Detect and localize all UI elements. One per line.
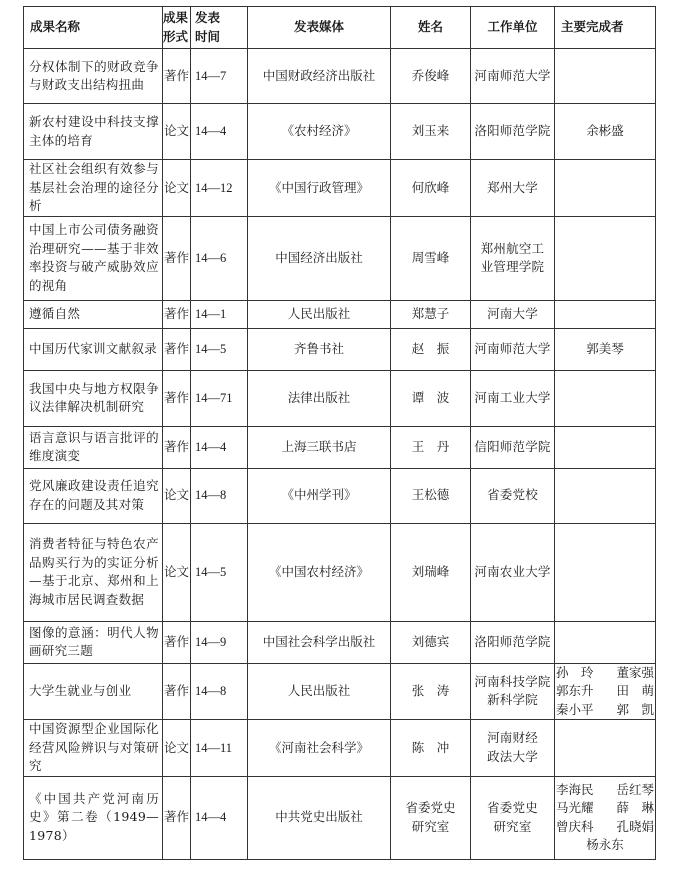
cell-form: 论文 (163, 468, 191, 523)
cell-media: 中国经济出版社 (248, 216, 391, 300)
awards-table: 成果名称 成果形式 发表时间 发表媒体 姓名 工作单位 主要完成者 分权体制下的… (23, 6, 656, 860)
cell-media: 中国社会科学出版社 (248, 621, 391, 663)
header-unit: 工作单位 (471, 7, 555, 49)
cell-main (555, 216, 656, 300)
cell-time: 14—4 (191, 426, 248, 468)
cell-name: 张 涛 (391, 663, 471, 720)
cell-title: 中国上市公司债务融资治理研究——基于非效率投资与破产威胁效应的视角 (24, 216, 163, 300)
cell-main (555, 621, 656, 663)
cell-media: 齐鲁书社 (248, 328, 391, 370)
cell-form: 著作 (163, 370, 191, 426)
cell-unit: 河南科技学院新科学院 (471, 663, 555, 720)
header-form-line1: 成果 (163, 9, 190, 28)
cell-media: 中国财政经济出版社 (248, 49, 391, 104)
cell-unit: 郑州大学 (471, 160, 555, 217)
cell-unit: 河南财经政法大学 (471, 720, 555, 777)
header-form: 成果形式 (163, 7, 191, 49)
cell-name: 刘瑞峰 (391, 523, 471, 621)
cell-form: 论文 (163, 523, 191, 621)
table-row: 中国上市公司债务融资治理研究——基于非效率投资与破产威胁效应的视角 著作 14—… (24, 216, 656, 300)
cell-media: 中共党史出版社 (248, 776, 391, 859)
cell-form: 著作 (163, 49, 191, 104)
cell-title: 社区社会组织有效参与基层社会治理的途径分析 (24, 160, 163, 217)
table-row: 新农村建设中科技支撑主体的培育 论文 14—4 《农村经济》 刘玉来 洛阳师范学… (24, 104, 656, 160)
main-contributors-list: 李海民岳红琴 马光耀薛 琳 曾庆科孔晓娟 杨永东 (555, 781, 655, 855)
contributor: 曾庆科 (556, 818, 594, 837)
cell-title: 图像的意涵：明代人物画研究三题 (24, 621, 163, 663)
header-media: 发表媒体 (248, 7, 391, 49)
contributor: 李海民 (556, 781, 594, 800)
cell-name: 陈 冲 (391, 720, 471, 777)
cell-main: 郭美琴 (555, 328, 656, 370)
cell-media: 《中国行政管理》 (248, 160, 391, 217)
header-time-line2: 时间 (195, 28, 247, 47)
main-contributors-list: 孙 玲董家强 郭东升田 萌 秦小平郭 凯 (555, 664, 655, 720)
contributor: 马光耀 (556, 799, 594, 818)
table-row: 中国历代家训文献叙录 著作 14—5 齐鲁书社 赵 振 河南师范大学 郭美琴 (24, 328, 656, 370)
cell-time: 14—9 (191, 621, 248, 663)
cell-title: 《中国共产党河南历史》第二卷（1949—1978） (24, 776, 163, 859)
header-name: 姓名 (391, 7, 471, 49)
table-row: 语言意识与语言批评的维度演变 著作 14—4 上海三联书店 王 丹 信阳师范学院 (24, 426, 656, 468)
cell-title: 中国历代家训文献叙录 (24, 328, 163, 370)
cell-main (555, 49, 656, 104)
table-row: 分权体制下的财政竞争与财政支出结构扭曲 著作 14—7 中国财政经济出版社 乔俊… (24, 49, 656, 104)
cell-unit: 郑州航空工业管理学院 (471, 216, 555, 300)
contributor: 薛 琳 (616, 799, 654, 818)
contributor: 杨永东 (586, 836, 624, 855)
cell-title: 遵循自然 (24, 300, 163, 328)
cell-main (555, 426, 656, 468)
cell-form: 论文 (163, 720, 191, 777)
cell-time: 14—8 (191, 468, 248, 523)
table-row: 消费者特征与特色农产品购买行为的实证分析—基于北京、郑州和上海城市居民调查数据 … (24, 523, 656, 621)
cell-name: 赵 振 (391, 328, 471, 370)
cell-title: 语言意识与语言批评的维度演变 (24, 426, 163, 468)
table-row: 图像的意涵：明代人物画研究三题 著作 14—9 中国社会科学出版社 刘德宾 洛阳… (24, 621, 656, 663)
cell-unit: 信阳师范学院 (471, 426, 555, 468)
cell-time: 14—6 (191, 216, 248, 300)
table-row: 我国中央与地方权限争议法律解决机制研究 著作 14—71 法律出版社 谭 波 河… (24, 370, 656, 426)
header-form-line2: 形式 (163, 28, 190, 47)
cell-title: 党风廉政建设责任追究存在的问题及其对策 (24, 468, 163, 523)
cell-main-list: 李海民岳红琴 马光耀薛 琳 曾庆科孔晓娟 杨永东 (555, 776, 656, 859)
cell-main (555, 160, 656, 217)
cell-name: 郑慧子 (391, 300, 471, 328)
header-title: 成果名称 (24, 7, 163, 49)
contributor: 郭 凯 (616, 701, 654, 720)
cell-media: 人民出版社 (248, 300, 391, 328)
cell-time: 14—1 (191, 300, 248, 328)
cell-time: 14—11 (191, 720, 248, 777)
cell-media: 法律出版社 (248, 370, 391, 426)
cell-media: 上海三联书店 (248, 426, 391, 468)
contributor-row: 郭东升田 萌 (556, 682, 654, 701)
table-row: 党风廉政建设责任追究存在的问题及其对策 论文 14—8 《中州学刊》 王松德 省… (24, 468, 656, 523)
contributor: 田 萌 (616, 682, 654, 701)
contributor-row: 杨永东 (556, 836, 654, 855)
cell-name: 何欣峰 (391, 160, 471, 217)
cell-main (555, 300, 656, 328)
cell-name: 王 丹 (391, 426, 471, 468)
cell-main (555, 468, 656, 523)
cell-media: 《河南社会科学》 (248, 720, 391, 777)
contributor-row: 孙 玲董家强 (556, 664, 654, 683)
table-row: 《中国共产党河南历史》第二卷（1949—1978） 著作 14—4 中共党史出版… (24, 776, 656, 859)
contributor: 孙 玲 (556, 664, 594, 683)
cell-title: 大学生就业与创业 (24, 663, 163, 720)
contributor: 孔晓娟 (616, 818, 654, 837)
cell-form: 著作 (163, 328, 191, 370)
cell-name: 刘玉来 (391, 104, 471, 160)
cell-unit: 河南师范大学 (471, 328, 555, 370)
contributor-row: 曾庆科孔晓娟 (556, 818, 654, 837)
cell-time: 14—71 (191, 370, 248, 426)
cell-unit: 洛阳师范学院 (471, 104, 555, 160)
table-row: 中国资源型企业国际化经营风险辨识与对策研究 论文 14—11 《河南社会科学》 … (24, 720, 656, 777)
header-main: 主要完成者 (555, 7, 656, 49)
cell-media: 人民出版社 (248, 663, 391, 720)
cell-form: 著作 (163, 663, 191, 720)
cell-name: 乔俊峰 (391, 49, 471, 104)
cell-unit: 河南农业大学 (471, 523, 555, 621)
header-time-line1: 发表 (195, 9, 247, 28)
cell-time: 14—4 (191, 776, 248, 859)
cell-media: 《中国农村经济》 (248, 523, 391, 621)
table-row: 大学生就业与创业 著作 14—8 人民出版社 张 涛 河南科技学院新科学院 孙 … (24, 663, 656, 720)
cell-unit: 洛阳师范学院 (471, 621, 555, 663)
cell-name: 谭 波 (391, 370, 471, 426)
cell-main (555, 523, 656, 621)
cell-name: 王松德 (391, 468, 471, 523)
cell-form: 著作 (163, 216, 191, 300)
cell-main-list: 孙 玲董家强 郭东升田 萌 秦小平郭 凯 (555, 663, 656, 720)
cell-unit: 河南工业大学 (471, 370, 555, 426)
cell-main (555, 370, 656, 426)
cell-name: 周雪峰 (391, 216, 471, 300)
contributor: 郭东升 (556, 682, 594, 701)
cell-main: 余彬盛 (555, 104, 656, 160)
contributor: 岳红琴 (616, 781, 654, 800)
cell-time: 14—12 (191, 160, 248, 217)
cell-unit: 河南师范大学 (471, 49, 555, 104)
cell-time: 14—8 (191, 663, 248, 720)
cell-unit: 省委党校 (471, 468, 555, 523)
cell-form: 著作 (163, 776, 191, 859)
contributor-row: 秦小平郭 凯 (556, 701, 654, 720)
cell-form: 论文 (163, 104, 191, 160)
cell-time: 14—7 (191, 49, 248, 104)
cell-name: 省委党史研究室 (391, 776, 471, 859)
cell-title: 我国中央与地方权限争议法律解决机制研究 (24, 370, 163, 426)
cell-time: 14—5 (191, 523, 248, 621)
cell-name: 刘德宾 (391, 621, 471, 663)
header-time: 发表时间 (191, 7, 248, 49)
cell-form: 著作 (163, 426, 191, 468)
contributor-row: 李海民岳红琴 (556, 781, 654, 800)
cell-form: 论文 (163, 160, 191, 217)
cell-media: 《中州学刊》 (248, 468, 391, 523)
cell-unit: 省委党史研究室 (471, 776, 555, 859)
cell-media: 《农村经济》 (248, 104, 391, 160)
cell-title: 分权体制下的财政竞争与财政支出结构扭曲 (24, 49, 163, 104)
contributor: 董家强 (616, 664, 654, 683)
contributor-row: 马光耀薛 琳 (556, 799, 654, 818)
cell-main (555, 720, 656, 777)
table-row: 社区社会组织有效参与基层社会治理的途径分析 论文 14—12 《中国行政管理》 … (24, 160, 656, 217)
header-row: 成果名称 成果形式 发表时间 发表媒体 姓名 工作单位 主要完成者 (24, 7, 656, 49)
contributor: 秦小平 (556, 701, 594, 720)
cell-time: 14—4 (191, 104, 248, 160)
table-row: 遵循自然 著作 14—1 人民出版社 郑慧子 河南大学 (24, 300, 656, 328)
cell-title: 消费者特征与特色农产品购买行为的实证分析—基于北京、郑州和上海城市居民调查数据 (24, 523, 163, 621)
cell-form: 著作 (163, 621, 191, 663)
cell-title: 新农村建设中科技支撑主体的培育 (24, 104, 163, 160)
cell-unit: 河南大学 (471, 300, 555, 328)
cell-form: 著作 (163, 300, 191, 328)
cell-time: 14—5 (191, 328, 248, 370)
cell-title: 中国资源型企业国际化经营风险辨识与对策研究 (24, 720, 163, 777)
